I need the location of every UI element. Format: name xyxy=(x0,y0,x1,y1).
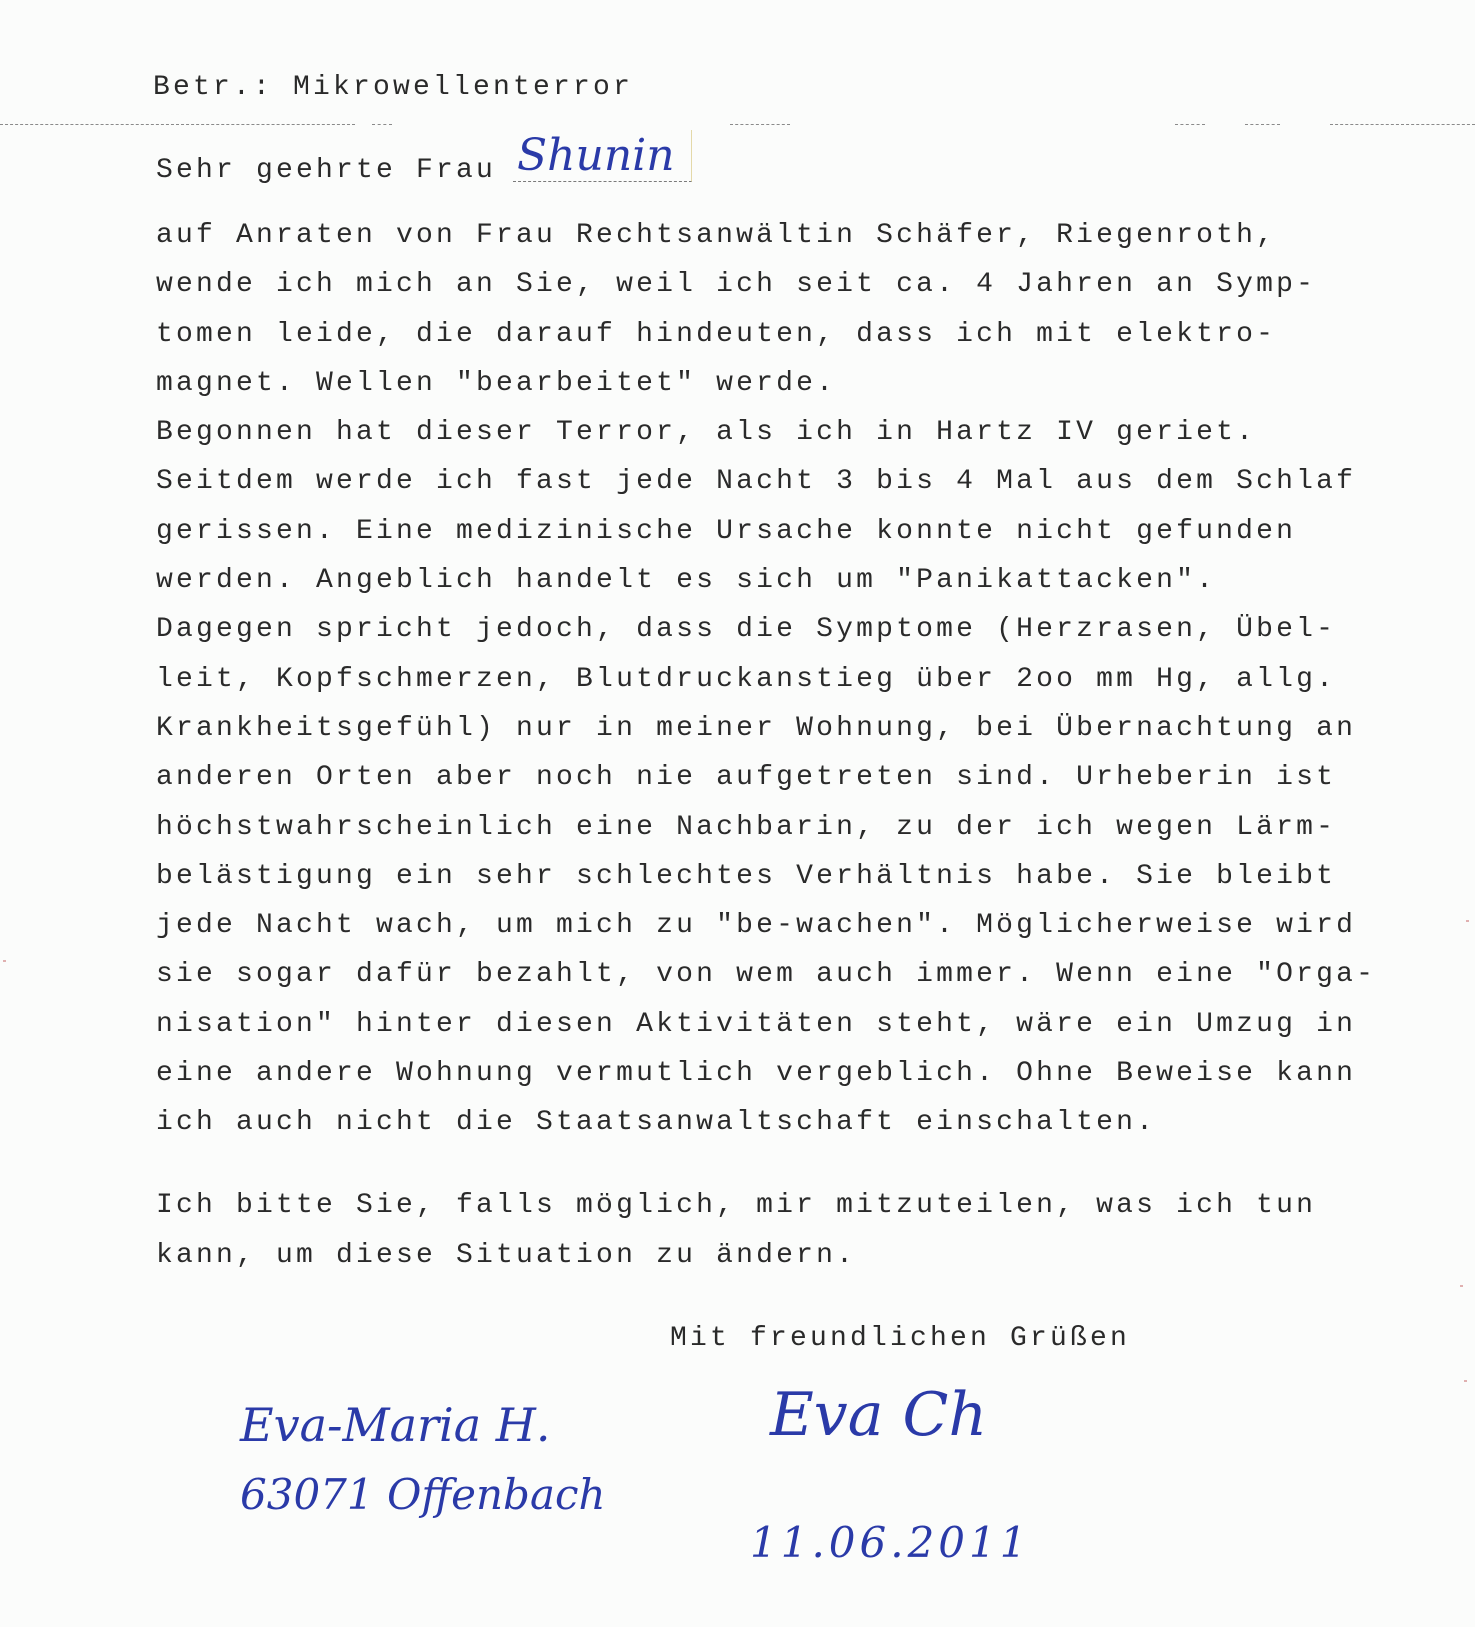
divider-line xyxy=(0,124,355,125)
text-line: jede Nacht wach, um mich zu "be-wachen".… xyxy=(156,912,1376,961)
letter-body: auf Anraten von Frau Rechtsanwältin Schä… xyxy=(156,222,1376,1159)
scan-speck xyxy=(1466,920,1469,922)
divider-line xyxy=(1245,124,1280,125)
text-line: Dagegen spricht jedoch, dass die Symptom… xyxy=(156,616,1376,665)
divider-line xyxy=(730,124,790,125)
text-line: nisation" hinter diesen Aktivitäten steh… xyxy=(156,1011,1376,1060)
text-line: anderen Orten aber noch nie aufgetreten … xyxy=(156,764,1376,813)
scan-speck xyxy=(1460,1285,1463,1287)
text-line: Krankheitsgefühl) nur in meiner Wohnung,… xyxy=(156,715,1376,764)
text-line: sie sogar dafür bezahlt, von wem auch im… xyxy=(156,961,1376,1010)
scan-speck xyxy=(1464,1380,1467,1382)
text-line: höchstwahrscheinlich eine Nachbarin, zu … xyxy=(156,814,1376,863)
text-line: leit, Kopfschmerzen, Blutdruckanstieg üb… xyxy=(156,666,1376,715)
recipient-name-handwritten: Shunin xyxy=(513,130,692,182)
divider-line xyxy=(1175,124,1205,125)
text-line: eine andere Wohnung vermutlich vergeblic… xyxy=(156,1060,1376,1109)
farewell: Mit freundlichen Grüßen xyxy=(670,1325,1130,1353)
sender-name-handwritten: Eva-Maria H. xyxy=(240,1398,551,1452)
scan-speck xyxy=(3,960,6,962)
divider-line xyxy=(1330,124,1475,125)
signature: Eva Ch xyxy=(770,1380,987,1450)
subject-line: Betr.: Mikrowellenterror xyxy=(153,74,633,102)
salutation: Sehr geehrte Frau xyxy=(156,157,496,185)
text-line: gerissen. Eine medizinische Ursache konn… xyxy=(156,518,1376,567)
divider-line xyxy=(372,124,392,125)
text-line: ich auch nicht die Staatsanwaltschaft ei… xyxy=(156,1109,1376,1158)
text-line: kann, um diese Situation zu ändern. xyxy=(156,1242,1316,1292)
text-line: werden. Angeblich handelt es sich um "Pa… xyxy=(156,567,1376,616)
text-line: auf Anraten von Frau Rechtsanwältin Schä… xyxy=(156,222,1376,271)
text-line: belästigung ein sehr schlechtes Verhältn… xyxy=(156,863,1376,912)
text-line: Begonnen hat dieser Terror, als ich in H… xyxy=(156,419,1376,468)
text-line: Ich bitte Sie, falls möglich, mir mitzut… xyxy=(156,1192,1316,1242)
text-line: tomen leide, die darauf hindeuten, dass … xyxy=(156,321,1376,370)
date-handwritten: 11.06.2011 xyxy=(750,1518,1030,1567)
closing-request: Ich bitte Sie, falls möglich, mir mitzut… xyxy=(156,1192,1316,1292)
sender-city-handwritten: 63071 Offenbach xyxy=(240,1470,606,1519)
text-line: wende ich mich an Sie, weil ich seit ca.… xyxy=(156,271,1376,320)
text-line: Seitdem werde ich fast jede Nacht 3 bis … xyxy=(156,468,1376,517)
text-line: magnet. Wellen "bearbeitet" werde. xyxy=(156,370,1376,419)
